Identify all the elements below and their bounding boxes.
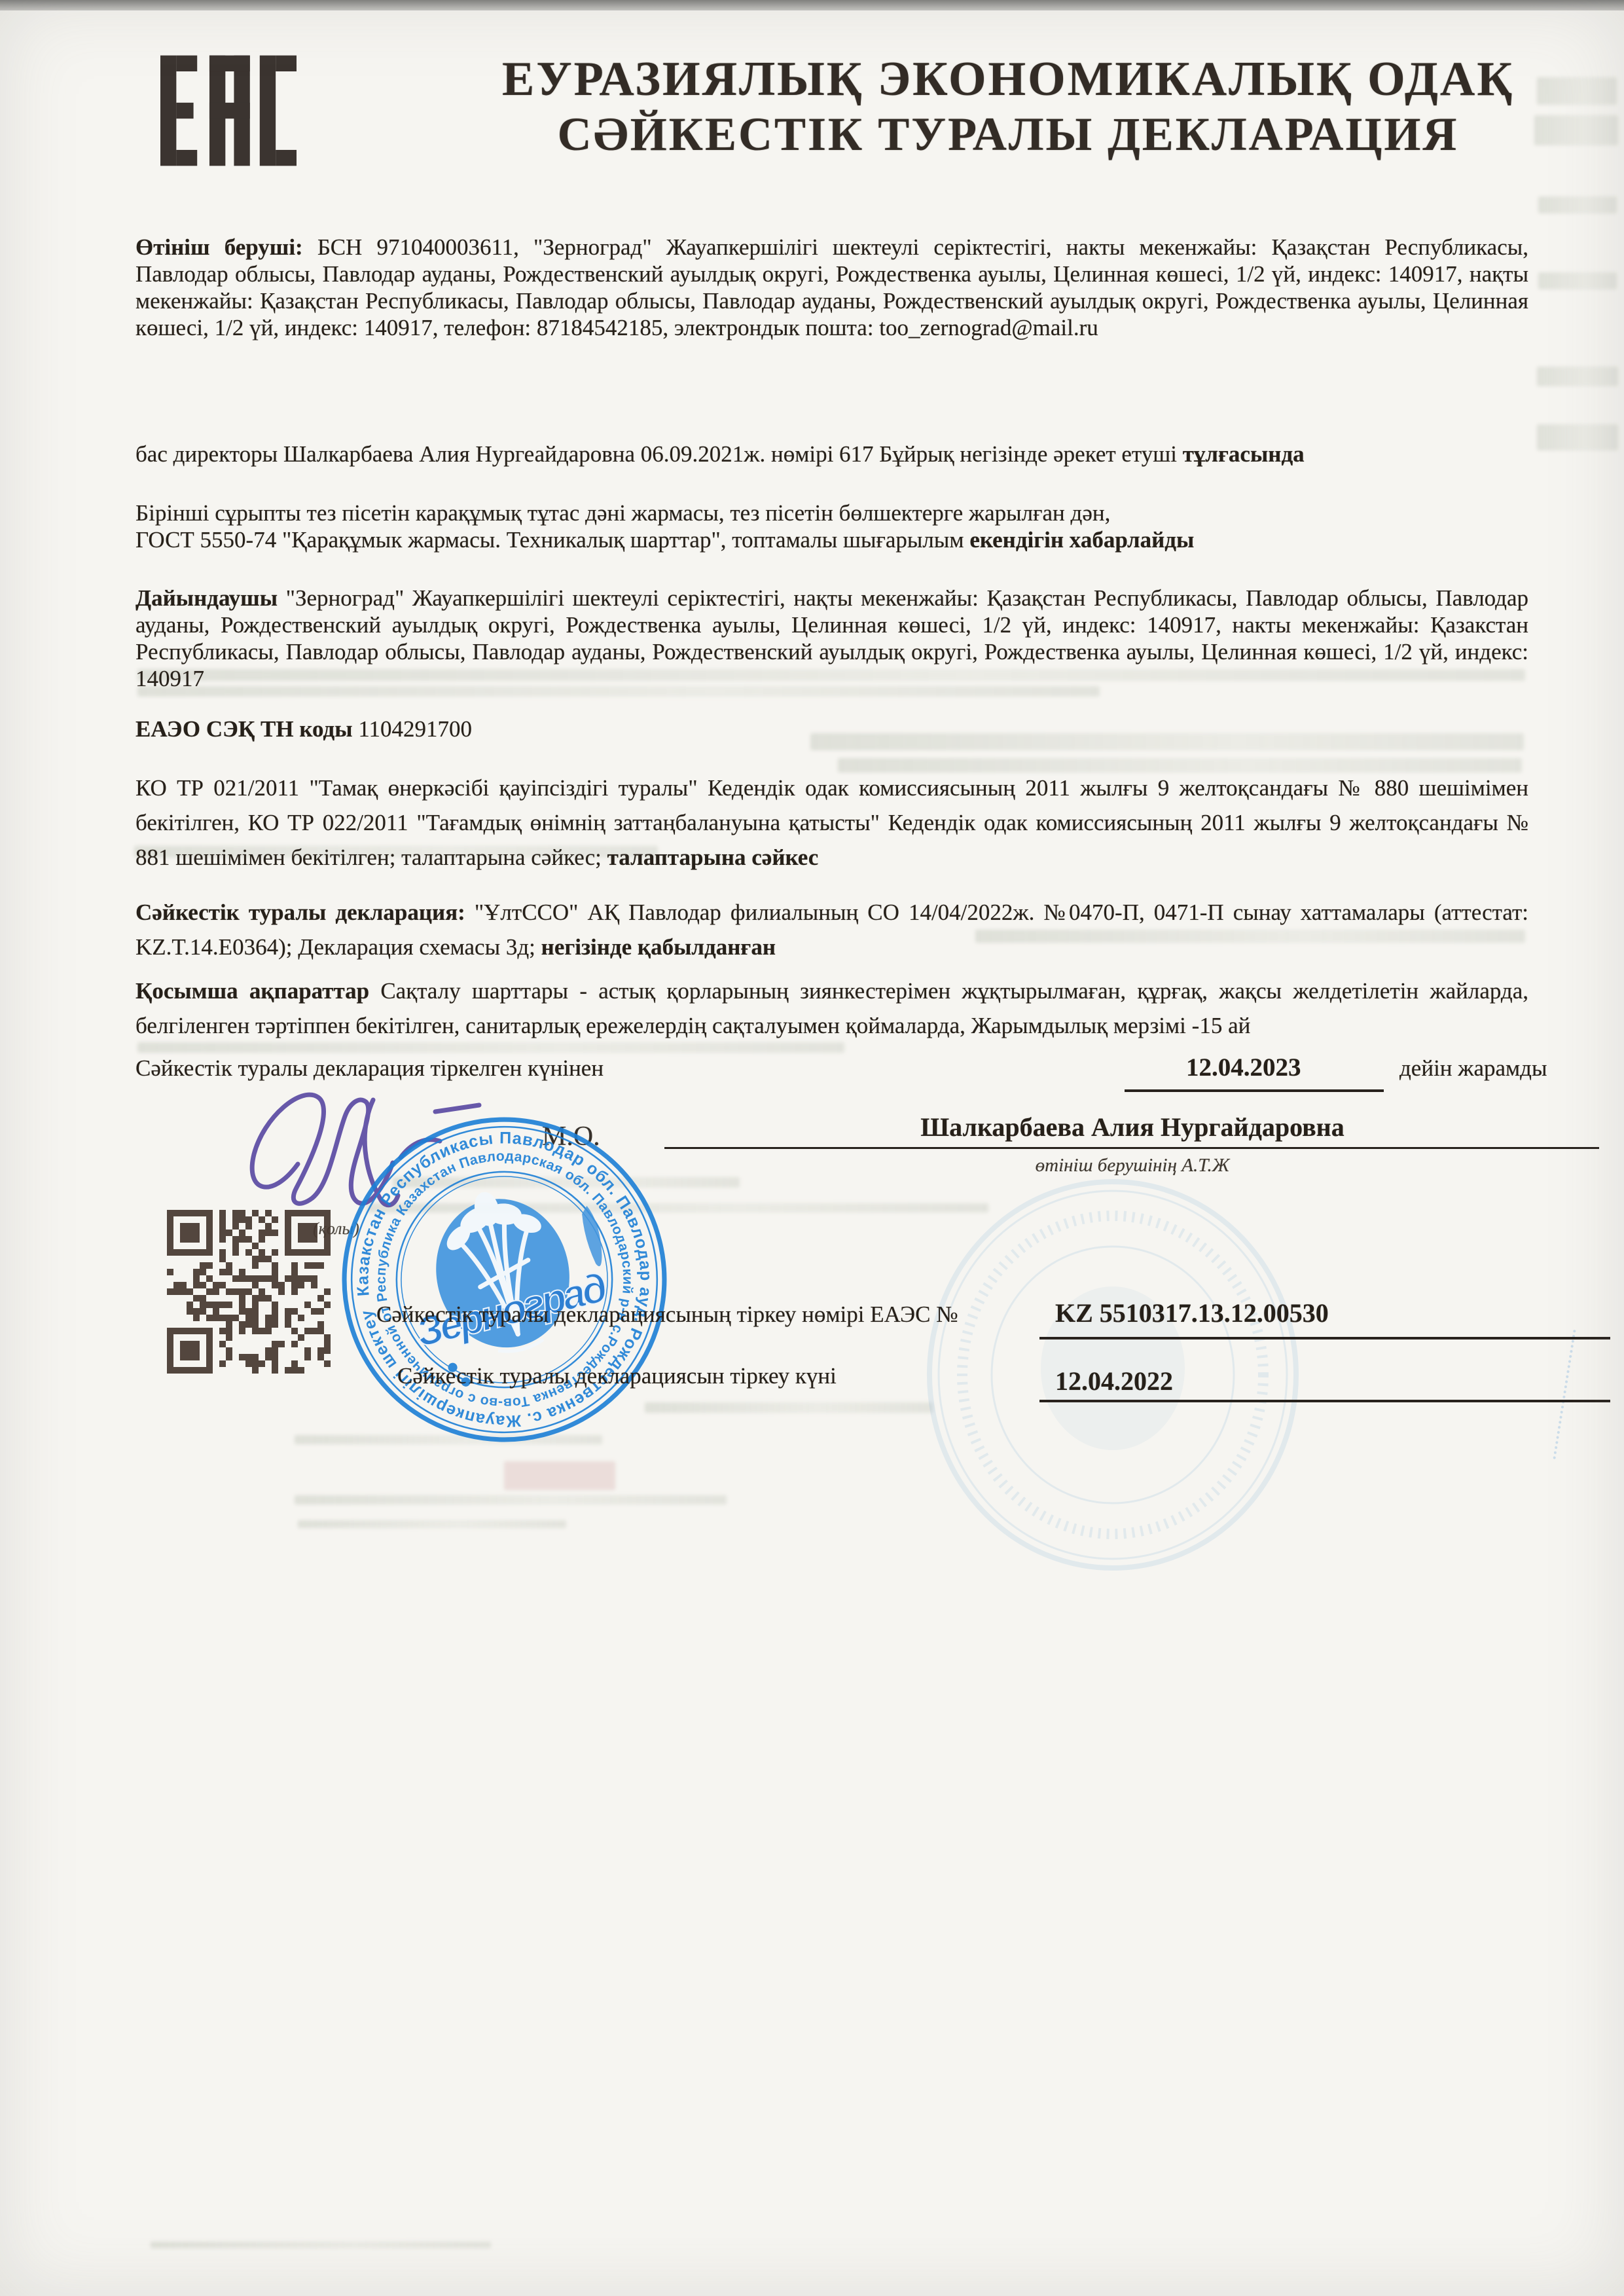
manufacturer-paragraph: Дайындаушы "Зерноград" Жауапкершілігі ше… <box>135 585 1528 692</box>
declaration-basis-paragraph: Сәйкестік туралы декларация: "ҰлтССО" АҚ… <box>135 895 1528 964</box>
declaration-label: Сәйкестік туралы декларация: <box>135 900 465 925</box>
additional-label: Қосымша ақпараттар <box>135 978 369 1004</box>
registration-date-label: Сәйкестік туралы декларациясын тіркеу кү… <box>397 1363 837 1389</box>
declaration-document: ЕУРАЗИЯЛЫҚ ЭКОНОМИКАЛЫҚ ОДАҚ СӘЙКЕСТІК Т… <box>0 0 1624 2296</box>
tnved-value: 1104291700 <box>353 716 472 742</box>
bleed-through-ghost <box>1537 367 1618 386</box>
document-title: ЕУРАЗИЯЛЫҚ ЭКОНОМИКАЛЫҚ ОДАҚ СӘЙКЕСТІК Т… <box>367 51 1624 161</box>
product-line2: ГОСТ 5550-74 "Қарақұмык жармасы. Техника… <box>135 527 969 553</box>
regulations-bold-tail: талаптарына сәйкес <box>607 845 819 870</box>
bleed-through-ghost <box>504 1461 615 1490</box>
product-bold-tail: екендігін хабарлайды <box>969 527 1194 553</box>
manufacturer-label: Дайындаушы <box>135 585 278 611</box>
bleed-through-ghost <box>137 1042 844 1053</box>
registration-date-value: 12.04.2022 <box>1055 1366 1173 1396</box>
registration-number-underline <box>1039 1337 1610 1339</box>
product-paragraph: Бірінші сұрыпты тез пісетін карақұмық тұ… <box>135 500 1528 553</box>
tnved-code-line: ЕАЭО СЭҚ ТН коды 1104291700 <box>135 716 1528 742</box>
manufacturer-text: "Зерноград" Жауапкершілігі шектеулі сері… <box>135 585 1528 691</box>
scan-edge-artifact <box>0 0 1624 10</box>
applicant-label: Өтініш беруші: <box>135 234 303 260</box>
applicant-paragraph: Өтініш беруші: БСН 971040003611, "Зерног… <box>135 234 1528 341</box>
director-bold-tail: тұлғасында <box>1183 441 1305 467</box>
validity-underline <box>1125 1089 1384 1092</box>
applicant-fullname: Шалкарбаева Алия Нургайдаровна <box>664 1112 1600 1142</box>
bleed-through-ghost <box>151 2242 491 2248</box>
tnved-label: ЕАЭО СЭҚ ТН коды <box>135 716 353 742</box>
bleed-through-ghost <box>645 1402 933 1413</box>
bleed-through-ghost <box>1538 196 1617 213</box>
declaration-bold-tail: негізінде қабылданған <box>541 934 776 960</box>
title-line-2: СӘЙКЕСТІК ТУРАЛЫ ДЕКЛАРАЦИЯ <box>367 107 1624 161</box>
applicant-text: БСН 971040003611, "Зерноград" Жауапкерші… <box>135 234 1528 340</box>
bleed-through-ghost <box>1537 424 1618 450</box>
bleed-through-ghost <box>1538 272 1617 289</box>
bleed-through-ghost <box>298 1520 566 1528</box>
regulations-text: КО ТР 021/2011 "Тамақ өнеркәсібі қауіпсі… <box>135 775 1528 870</box>
director-text: бас директоры Шалкарбаева Алия Нургеайда… <box>135 441 1183 467</box>
name-underline <box>664 1147 1599 1149</box>
title-line-1: ЕУРАЗИЯЛЫҚ ЭКОНОМИКАЛЫҚ ОДАҚ <box>367 51 1624 107</box>
validity-suffix: дейін жарамды <box>1399 1055 1547 1082</box>
eac-logo <box>160 52 297 169</box>
regulations-paragraph: КО ТР 021/2011 "Тамақ өнеркәсібі қауіпсі… <box>135 771 1528 875</box>
validity-date: 12.04.2023 <box>1186 1053 1301 1082</box>
company-stamp: Казакстан Республикасы Павлодар обл. Пав… <box>339 1114 670 1445</box>
registration-number-value: KZ 5510317.13.12.00530 <box>1055 1298 1329 1328</box>
additional-info-paragraph: Қосымша ақпараттар Сақталу шарттары - ас… <box>135 974 1528 1043</box>
product-line1: Бірінші сұрыпты тез пісетін карақұмық тұ… <box>135 500 1110 526</box>
director-paragraph: бас директоры Шалкарбаева Алия Нургеайда… <box>135 441 1528 467</box>
ink-smudge <box>1553 1330 1576 1459</box>
registration-date-underline <box>1039 1400 1610 1402</box>
qr-code <box>167 1210 331 1374</box>
bleed-through-ghost <box>295 1495 727 1504</box>
registration-number-label: Сәйкестік туралы декларациясының тіркеу … <box>376 1302 958 1328</box>
